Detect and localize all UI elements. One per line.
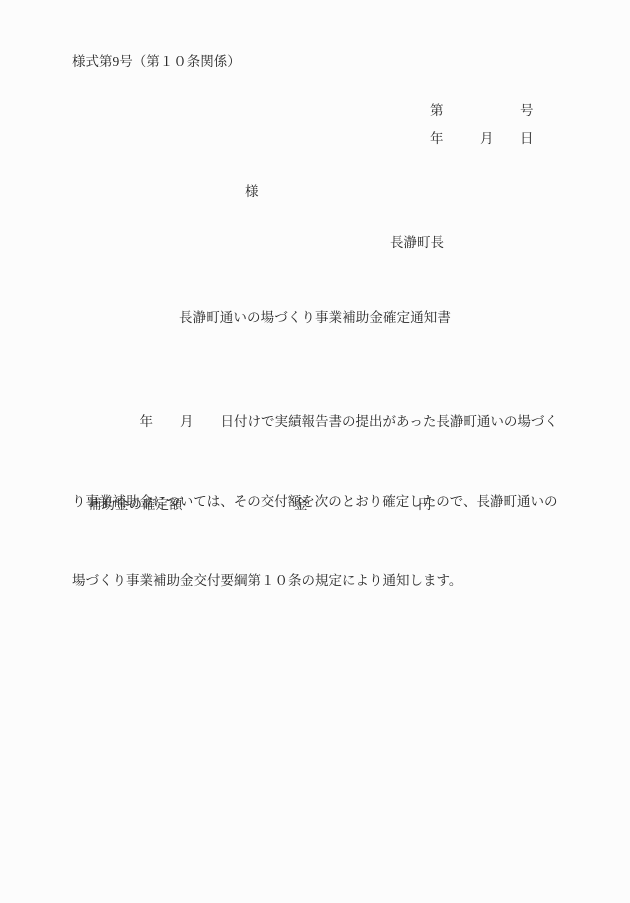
amount-currency-suffix: 円 [418,498,432,512]
doc-number-suffix: 号 [520,104,534,118]
sender-name: 長瀞町長 [390,236,444,250]
date-day-label: 日 [520,132,534,146]
amount-currency-prefix: 金 [294,498,308,512]
addressee-honorific: 様 [245,185,259,199]
date-month-label: 月 [480,132,494,146]
form-number: 様式第9号（第１０条関係） [72,55,241,69]
document-title: 長瀞町通いの場づくり事業補助金確定通知書 [0,311,630,325]
doc-number-prefix: 第 [430,104,444,118]
body-line: 場づくり事業補助金交付要綱第１０条の規定により通知します。 [72,568,572,595]
date-year-label: 年 [430,132,444,146]
document-page: 様式第9号（第１０条関係） 第 号 年 月 日 様 長瀞町長 長瀞町通いの場づく… [0,0,630,903]
body-line: 年 月 日付けで実績報告書の提出があった長瀞町通いの場づく [72,409,572,436]
amount-label: 補助金の確定額 [88,498,183,512]
